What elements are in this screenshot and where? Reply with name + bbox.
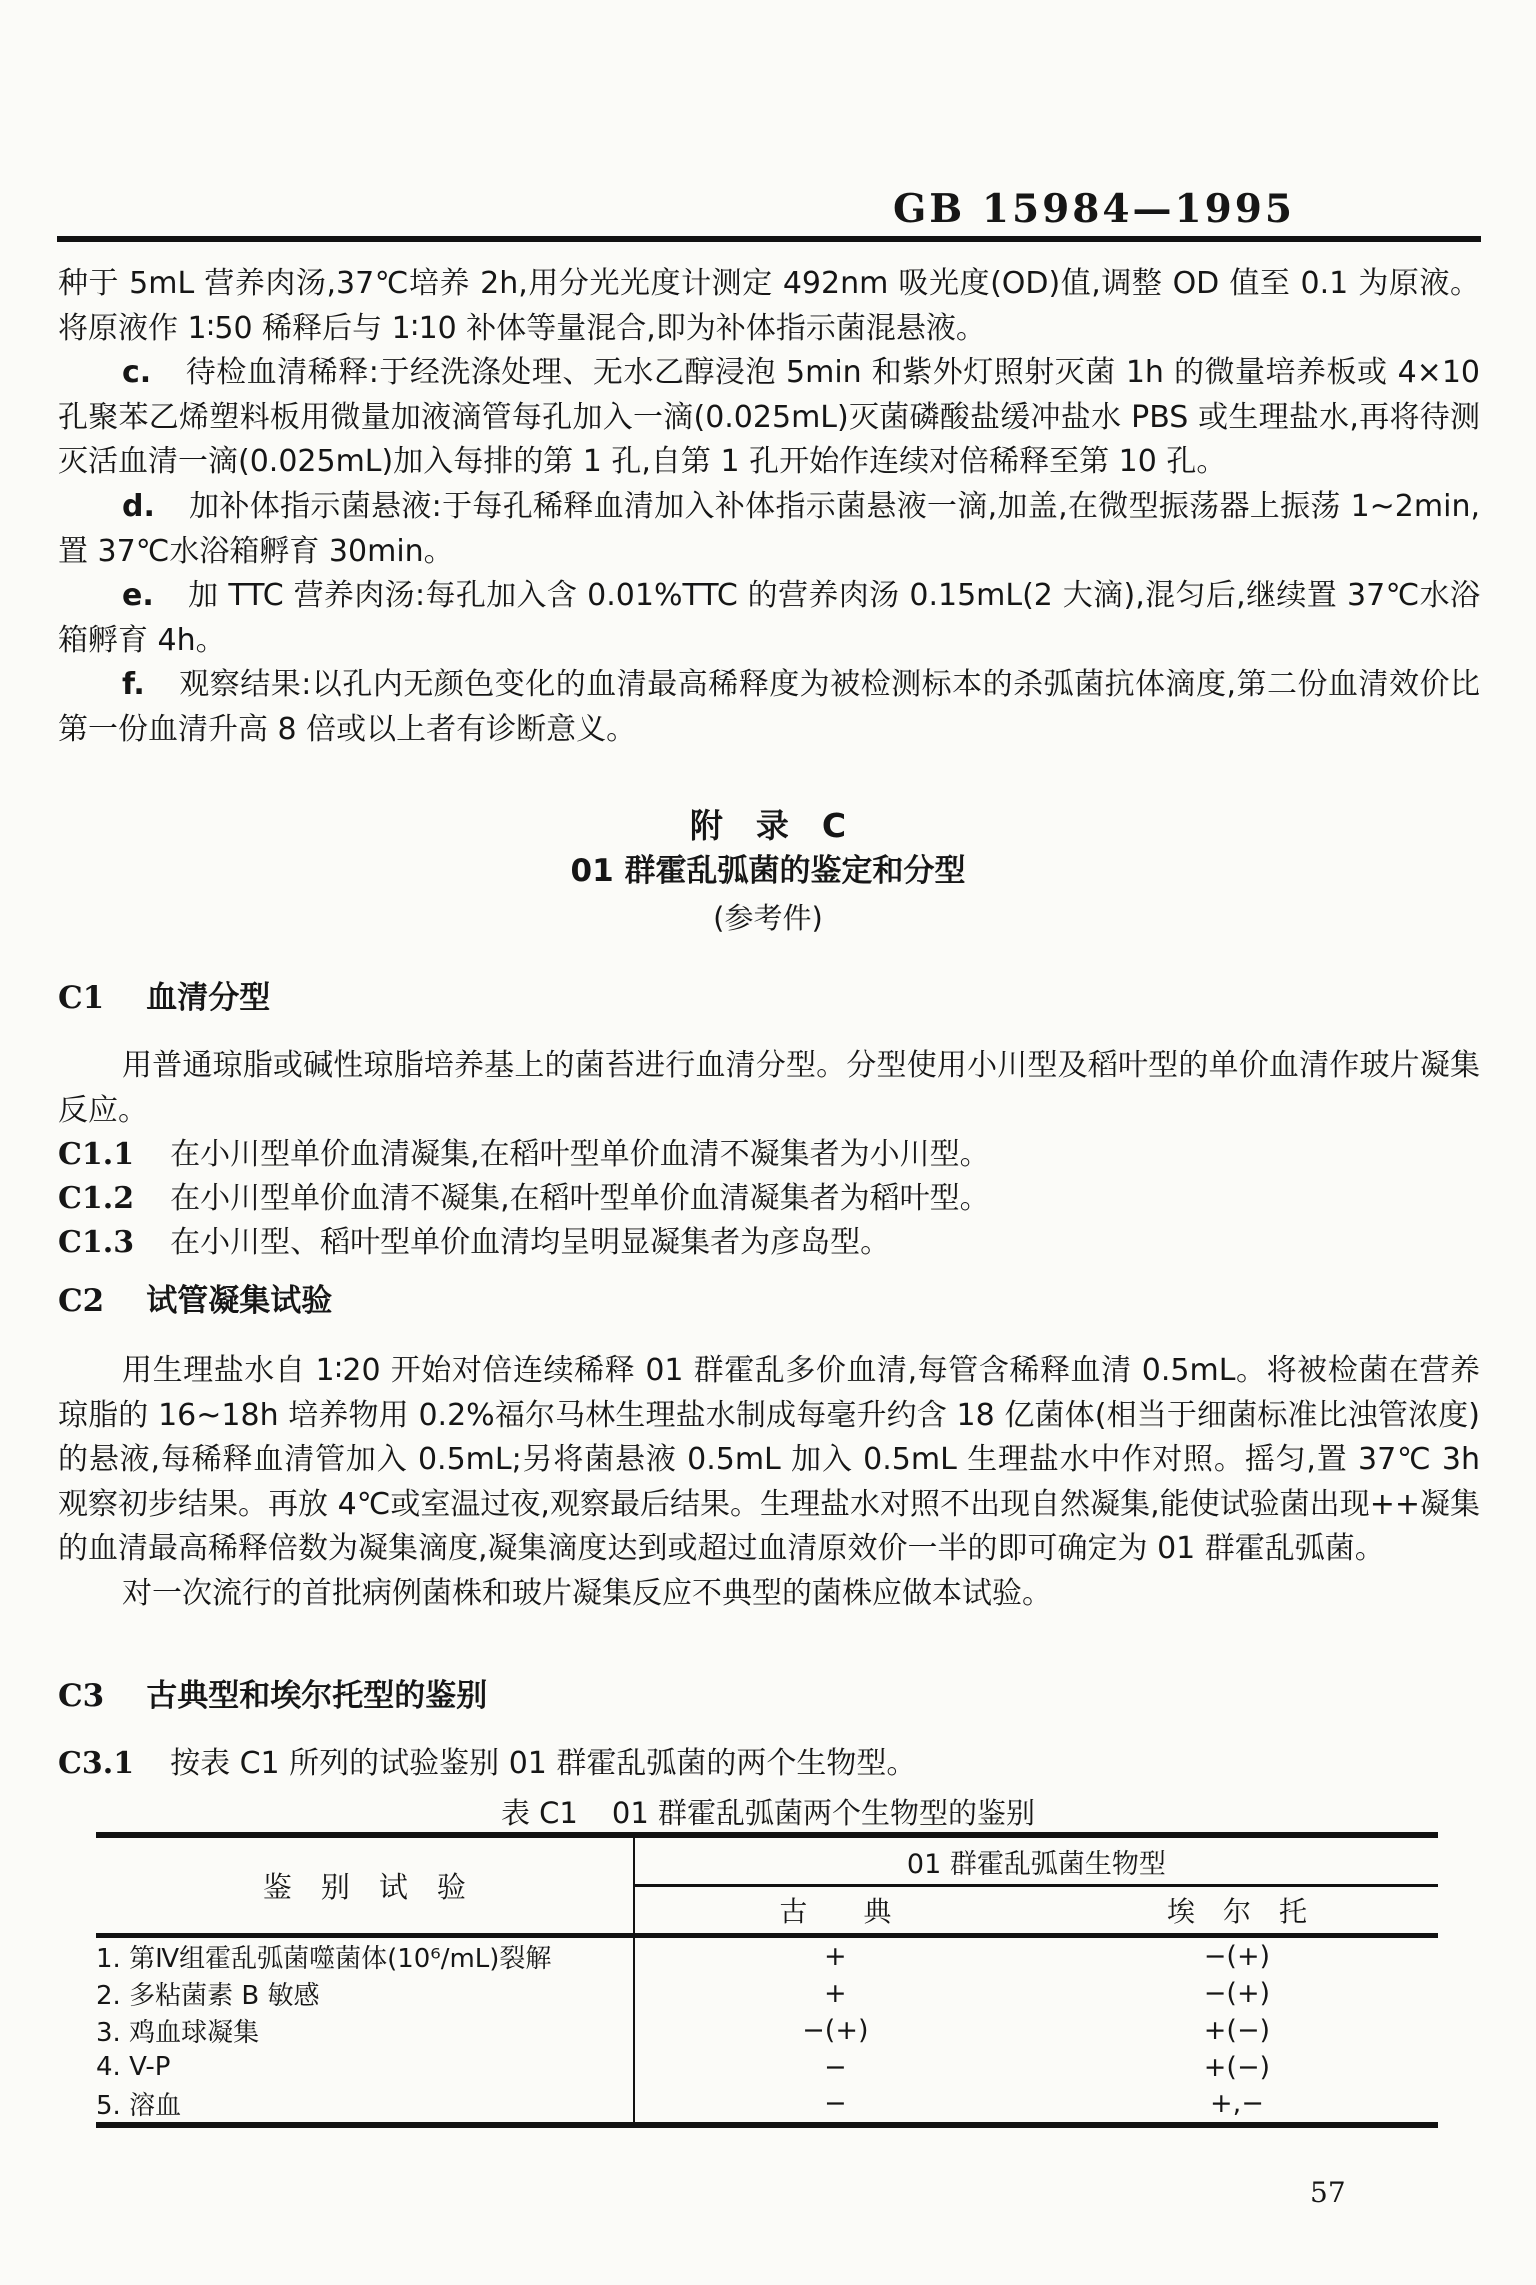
table-c1: 鉴 别 试 验 01 群霍乱弧菌生物型 古 典 埃 尔 托 1. 第Ⅳ组霍乱弧菌… bbox=[96, 1832, 1438, 2128]
section-c2-heading: C2试管凝集试验 bbox=[58, 1283, 1480, 1319]
appendix-heading: 附 录 C 01 群霍乱弧菌的鉴定和分型 (参考件) bbox=[0, 804, 1536, 938]
section-c1-paragraph: 用普通琼脂或碱性琼脂培养基上的菌苔进行血清分型。分型使用小川型及稻叶型的单价血清… bbox=[58, 1044, 1480, 1133]
table-caption: 表 C101 群霍乱弧菌两个生物型的鉴别 bbox=[0, 1793, 1536, 1833]
paragraph-text: 对一次流行的首批病例菌株和玻片凝集反应不典型的菌株应做本试验。 bbox=[122, 1576, 1052, 1611]
section-c2-paragraph-1: 用生理盐水自 1∶20 开始对倍连续稀释 01 群霍乱多价血清,每管含稀释血清 … bbox=[58, 1349, 1480, 1572]
table-header-row-1: 鉴 别 试 验 01 群霍乱弧菌生物型 bbox=[96, 1835, 1438, 1886]
list-item-d: d.加补体指示菌悬液:于每孔稀释血清加入补体指示菌悬液一滴,加盖,在微型振荡器上… bbox=[58, 485, 1480, 574]
paragraph-text: 用普通琼脂或碱性琼脂培养基上的菌苔进行血清分型。分型使用小川型及稻叶型的单价血清… bbox=[58, 1048, 1480, 1128]
clause-c1-1: C1.1在小川型单价血清凝集,在稻叶型单价血清不凝集者为小川型。 bbox=[58, 1133, 1480, 1177]
section-c2: C2试管凝集试验 用生理盐水自 1∶20 开始对倍连续稀释 01 群霍乱多价血清… bbox=[58, 1283, 1480, 1617]
cell-test: 4. V-P bbox=[96, 2049, 634, 2085]
section-c2-paragraph-2: 对一次流行的首批病例菌株和玻片凝集反应不典型的菌株应做本试验。 bbox=[58, 1572, 1480, 1617]
cell-eltor: +(−) bbox=[1036, 2012, 1438, 2049]
table-row: 3. 鸡血球凝集 −(+) +(−) bbox=[96, 2012, 1438, 2049]
clause-text: 在小川型单价血清不凝集,在稻叶型单价血清凝集者为稻叶型。 bbox=[170, 1181, 990, 1216]
cell-eltor: −(+) bbox=[1036, 1936, 1438, 1976]
clause-c1-2: C1.2在小川型单价血清不凝集,在稻叶型单价血清凝集者为稻叶型。 bbox=[58, 1177, 1480, 1221]
clause-text: 在小川型、稻叶型单价血清均呈明显凝集者为彦岛型。 bbox=[170, 1225, 890, 1260]
item-text: 待检血清稀释:于经洗涤处理、无水乙醇浸泡 5min 和紫外灯照射灭菌 1h 的微… bbox=[58, 355, 1480, 479]
paragraph-text: 用生理盐水自 1∶20 开始对倍连续稀释 01 群霍乱多价血清,每管含稀释血清 … bbox=[58, 1353, 1480, 1566]
column-header-classic: 古 典 bbox=[634, 1886, 1036, 1936]
cell-classic: − bbox=[634, 2085, 1036, 2125]
section-c3: C3古典型和埃尔托型的鉴别 C3.1按表 C1 所列的试验鉴别 01 群霍乱弧菌… bbox=[58, 1678, 1480, 1786]
cell-classic: −(+) bbox=[634, 2012, 1036, 2049]
section-title: 血清分型 bbox=[146, 980, 270, 1016]
section-number: C3 bbox=[58, 1678, 104, 1714]
clause-number: C1.1 bbox=[58, 1137, 134, 1172]
section-title: 古典型和埃尔托型的鉴别 bbox=[146, 1678, 487, 1714]
cell-test: 5. 溶血 bbox=[96, 2085, 634, 2125]
list-item-c: c.待检血清稀释:于经洗涤处理、无水乙醇浸泡 5min 和紫外灯照射灭菌 1h … bbox=[58, 351, 1480, 485]
section-c3-heading: C3古典型和埃尔托型的鉴别 bbox=[58, 1678, 1480, 1714]
column-header-eltor: 埃 尔 托 bbox=[1036, 1886, 1438, 1936]
appendix-subtitle: 01 群霍乱弧菌的鉴定和分型 bbox=[0, 850, 1536, 892]
document-page: GB 15984—1995 种于 5mL 营养肉汤,37℃培养 2h,用分光光度… bbox=[0, 0, 1536, 2285]
item-label: d. bbox=[122, 489, 155, 524]
cell-test: 1. 第Ⅳ组霍乱弧菌噬菌体(10⁶/mL)裂解 bbox=[96, 1936, 634, 1976]
header-rule bbox=[57, 236, 1481, 242]
column-group-header: 01 群霍乱弧菌生物型 bbox=[634, 1835, 1438, 1886]
section-c1-heading: C1血清分型 bbox=[58, 980, 1480, 1016]
paragraph-continuation: 种于 5mL 营养肉汤,37℃培养 2h,用分光光度计测定 492nm 吸光度(… bbox=[58, 262, 1480, 351]
cell-eltor: −(+) bbox=[1036, 1975, 1438, 2012]
item-label: c. bbox=[122, 355, 151, 390]
section-c1: C1血清分型 用普通琼脂或碱性琼脂培养基上的菌苔进行血清分型。分型使用小川型及稻… bbox=[58, 980, 1480, 1265]
appendix-note: (参考件) bbox=[0, 898, 1536, 938]
clause-number: C3.1 bbox=[58, 1746, 134, 1781]
standard-code: GB 15984—1995 bbox=[893, 186, 1295, 232]
clause-text: 在小川型单价血清凝集,在稻叶型单价血清不凝集者为小川型。 bbox=[170, 1137, 990, 1172]
section-number: C2 bbox=[58, 1283, 104, 1319]
section-number: C1 bbox=[58, 980, 104, 1016]
cell-classic: + bbox=[634, 1936, 1036, 1976]
table-row: 5. 溶血 − +,− bbox=[96, 2085, 1438, 2125]
intro-section: 种于 5mL 营养肉汤,37℃培养 2h,用分光光度计测定 492nm 吸光度(… bbox=[58, 262, 1480, 753]
cell-eltor: +,− bbox=[1036, 2085, 1438, 2125]
table-caption-label: 表 C1 bbox=[501, 1796, 578, 1830]
list-item-e: e.加 TTC 营养肉汤:每孔加入含 0.01%TTC 的营养肉汤 0.15mL… bbox=[58, 574, 1480, 663]
appendix-title: 附 录 C bbox=[0, 804, 1536, 848]
item-text: 观察结果:以孔内无颜色变化的血清最高稀释度为被检测标本的杀弧菌抗体滴度,第二份血… bbox=[58, 667, 1480, 747]
clause-text: 按表 C1 所列的试验鉴别 01 群霍乱弧菌的两个生物型。 bbox=[170, 1746, 916, 1781]
table-row: 1. 第Ⅳ组霍乱弧菌噬菌体(10⁶/mL)裂解 + −(+) bbox=[96, 1936, 1438, 1976]
cell-eltor: +(−) bbox=[1036, 2049, 1438, 2085]
item-text: 加补体指示菌悬液:于每孔稀释血清加入补体指示菌悬液一滴,加盖,在微型振荡器上振荡… bbox=[58, 489, 1480, 569]
clause-number: C1.3 bbox=[58, 1225, 134, 1260]
cell-test: 3. 鸡血球凝集 bbox=[96, 2012, 634, 2049]
paragraph-text: 种于 5mL 营养肉汤,37℃培养 2h,用分光光度计测定 492nm 吸光度(… bbox=[58, 266, 1480, 346]
item-label: f. bbox=[122, 667, 145, 702]
item-label: e. bbox=[122, 578, 154, 613]
table-caption-text: 01 群霍乱弧菌两个生物型的鉴别 bbox=[612, 1796, 1035, 1830]
cell-test: 2. 多粘菌素 B 敏感 bbox=[96, 1975, 634, 2012]
clause-c3-1: C3.1按表 C1 所列的试验鉴别 01 群霍乱弧菌的两个生物型。 bbox=[58, 1742, 1480, 1786]
section-title: 试管凝集试验 bbox=[146, 1283, 332, 1319]
list-item-f: f.观察结果:以孔内无颜色变化的血清最高稀释度为被检测标本的杀弧菌抗体滴度,第二… bbox=[58, 663, 1480, 752]
page-number: 57 bbox=[1310, 2176, 1346, 2209]
cell-classic: − bbox=[634, 2049, 1036, 2085]
item-text: 加 TTC 营养肉汤:每孔加入含 0.01%TTC 的营养肉汤 0.15mL(2… bbox=[58, 578, 1480, 658]
clause-c1-3: C1.3在小川型、稻叶型单价血清均呈明显凝集者为彦岛型。 bbox=[58, 1221, 1480, 1265]
clause-number: C1.2 bbox=[58, 1181, 134, 1216]
column-header-test: 鉴 别 试 验 bbox=[96, 1835, 634, 1936]
table-row: 2. 多粘菌素 B 敏感 + −(+) bbox=[96, 1975, 1438, 2012]
table-row: 4. V-P − +(−) bbox=[96, 2049, 1438, 2085]
cell-classic: + bbox=[634, 1975, 1036, 2012]
